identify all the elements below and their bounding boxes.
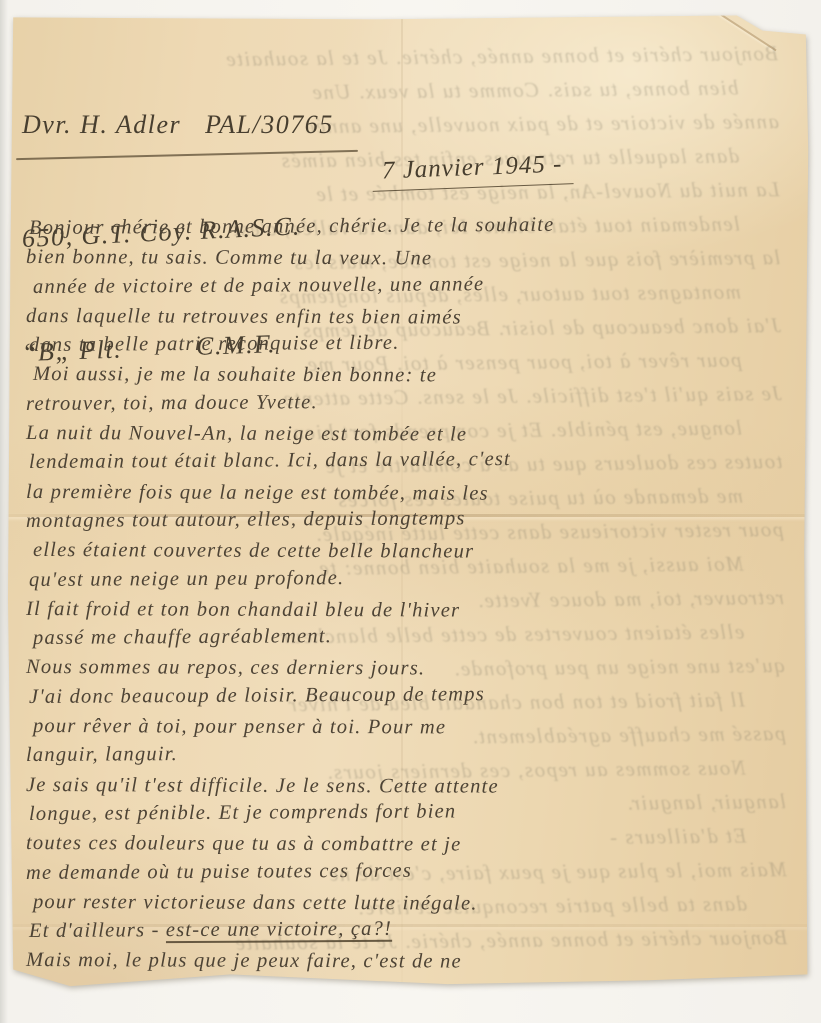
- handwriting-line: Bonjour chérie et bonne année, chérie. J…: [29, 209, 799, 243]
- letter-scan: Bonjour chérie et bonne année, chérie. J…: [0, 0, 821, 1023]
- handwriting-line: retrouver, toi, ma douce Yvette.: [26, 385, 799, 419]
- letter-page: Bonjour chérie et bonne année, chérie. J…: [6, 14, 809, 990]
- handwriting-line: qu'est une neige un peu profonde.: [29, 561, 799, 595]
- handwriting-line: année de victoire et de paix nouvelle, u…: [33, 268, 799, 302]
- handwriting-line: me demande où tu puise toutes ces forces: [26, 854, 799, 888]
- sender-name-line: Dvr. H. Adler PAL/30765: [22, 106, 334, 144]
- line-prefix: Et d'ailleurs -: [29, 919, 166, 942]
- handwriting-line: dans ta belle patrie reconquise et libre…: [29, 326, 799, 360]
- underlined-phrase: est-ce une victoire, ça?!: [166, 918, 392, 941]
- handwriting-line: J'ai donc beaucoup de loisir. Beaucoup d…: [29, 678, 799, 712]
- handwriting-line: passé me chauffe agréablement.: [33, 619, 799, 653]
- handwriting-line-underlined: Et d'ailleurs - est-ce une victoire, ça?…: [29, 912, 799, 946]
- handwriting-line: longue, est pénible. Et je comprends for…: [29, 795, 799, 829]
- handwriting-line: Mais moi, le plus que je peux faire, c'e…: [26, 946, 799, 978]
- date-line: 7 Janvier 1945 -: [371, 150, 573, 192]
- corner-fold-crease: [703, 3, 776, 52]
- handwriting-line: montagnes tout autour, elles, depuis lon…: [26, 502, 799, 536]
- handwriting-line: languir, languir.: [26, 737, 799, 771]
- letter-body: Bonjour chérie et bonne année, chérie. J…: [26, 214, 799, 976]
- paper-shadow: Bonjour chérie et bonne année, chérie. J…: [0, 0, 821, 1023]
- handwriting-line: lendemain tout était blanc. Ici, dans la…: [29, 444, 799, 478]
